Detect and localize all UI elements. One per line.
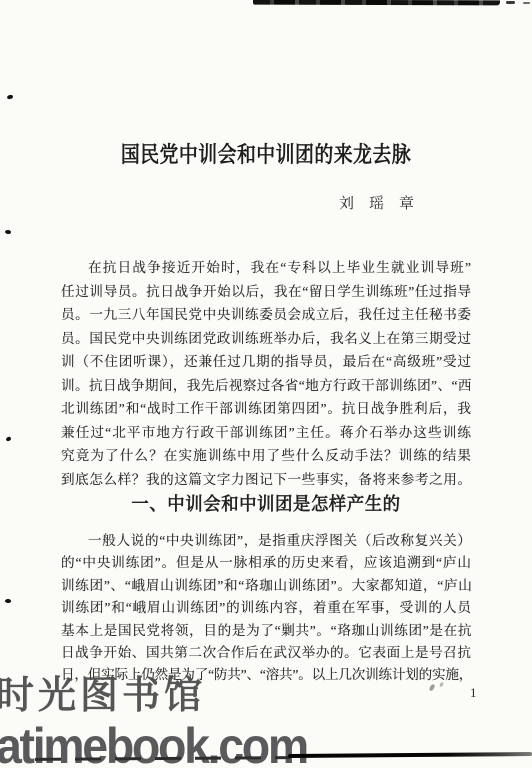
- scan-speck: [5, 436, 11, 441]
- text-line: 究竟为了什么？在实施训练中用了些什么反动手法？训练的结果: [61, 444, 471, 468]
- text-line: 在抗日战争接近开始时，我在“专科以上毕业生就业训导班”: [61, 256, 471, 280]
- text-line: 训练团”、“峨眉山训练团”和“珞珈山训练团”。大家都知道，“庐山: [61, 575, 471, 597]
- text-line: 任过训导员。抗日战争开始以后，我在“留日学生训练班”任过指导: [61, 280, 471, 304]
- section-heading: 一、中训会和中训团是怎样产生的: [8, 490, 524, 516]
- scan-speck: [5, 230, 11, 235]
- scan-artifact-top-band: [253, 0, 500, 5]
- paragraph-1: 在抗日战争接近开始时，我在“专科以上毕业生就业训导班” 任过训导员。抗日战争开始…: [61, 256, 471, 491]
- scan-speck: [5, 599, 11, 604]
- page-number: 1: [470, 685, 477, 701]
- text-line: 北训练团”和“战时工作干部训练团第四团”。抗日战争胜利后，我: [61, 397, 471, 421]
- text-line: 员。国民党中央训练团党政训练班举办后，我名义上在第三期受过: [61, 327, 471, 351]
- text-line: 一般人说的“中央训练团”，是指重庆浮图关（后改称复兴关）: [61, 530, 471, 552]
- author-name: 刘 瑶 章: [339, 192, 414, 213]
- text-line: 兼任过“北平市地方行政干部训练团”主任。蒋介石举办这些训练: [61, 421, 471, 445]
- text-line: 员。一九三八年国民党中央训练委员会成立后，我任过主任秘书委: [61, 303, 471, 327]
- text-line: 的“中央训练团”。但是从一脉相承的历史来看，应该追溯到“庐山: [61, 552, 471, 574]
- scan-speck: [7, 94, 14, 99]
- text-line: 到底怎么样？我的这篇文字力图记下一些事实，备将来参考之用。: [61, 468, 471, 492]
- page-title: 国民党中训会和中训团的来龙去脉: [37, 138, 495, 169]
- text-line: 训练团”和“峨眉山训练团”的训练内容，着重在军事，受训的人员: [61, 597, 471, 619]
- scan-artifact-bottom-line: [288, 752, 532, 758]
- watermark-site-name: 时光图书馆: [0, 664, 206, 719]
- text-line: 训。抗日战争期间，我先后视察过各省“地方行政干部训练团”、“西: [61, 374, 471, 398]
- text-line: 训（不住团听课），还兼任过几期的指导员，最后在“高级班”受过: [61, 350, 471, 374]
- scan-artifact-top-mark: [506, 1, 515, 4]
- text-line: 基本上是国民党将领，目的是为了“剿共”。“珞珈山训练团”是在抗: [61, 620, 471, 642]
- scan-artifact-top-mark: [523, 2, 530, 4]
- scanned-book-page: 国民党中训会和中训团的来龙去脉 刘 瑶 章 在抗日战争接近开始时，我在“专科以上…: [0, 0, 532, 768]
- text-line: 日战争开始、国共第二次合作后在武汉举办的。它表面上是号召抗: [61, 642, 471, 664]
